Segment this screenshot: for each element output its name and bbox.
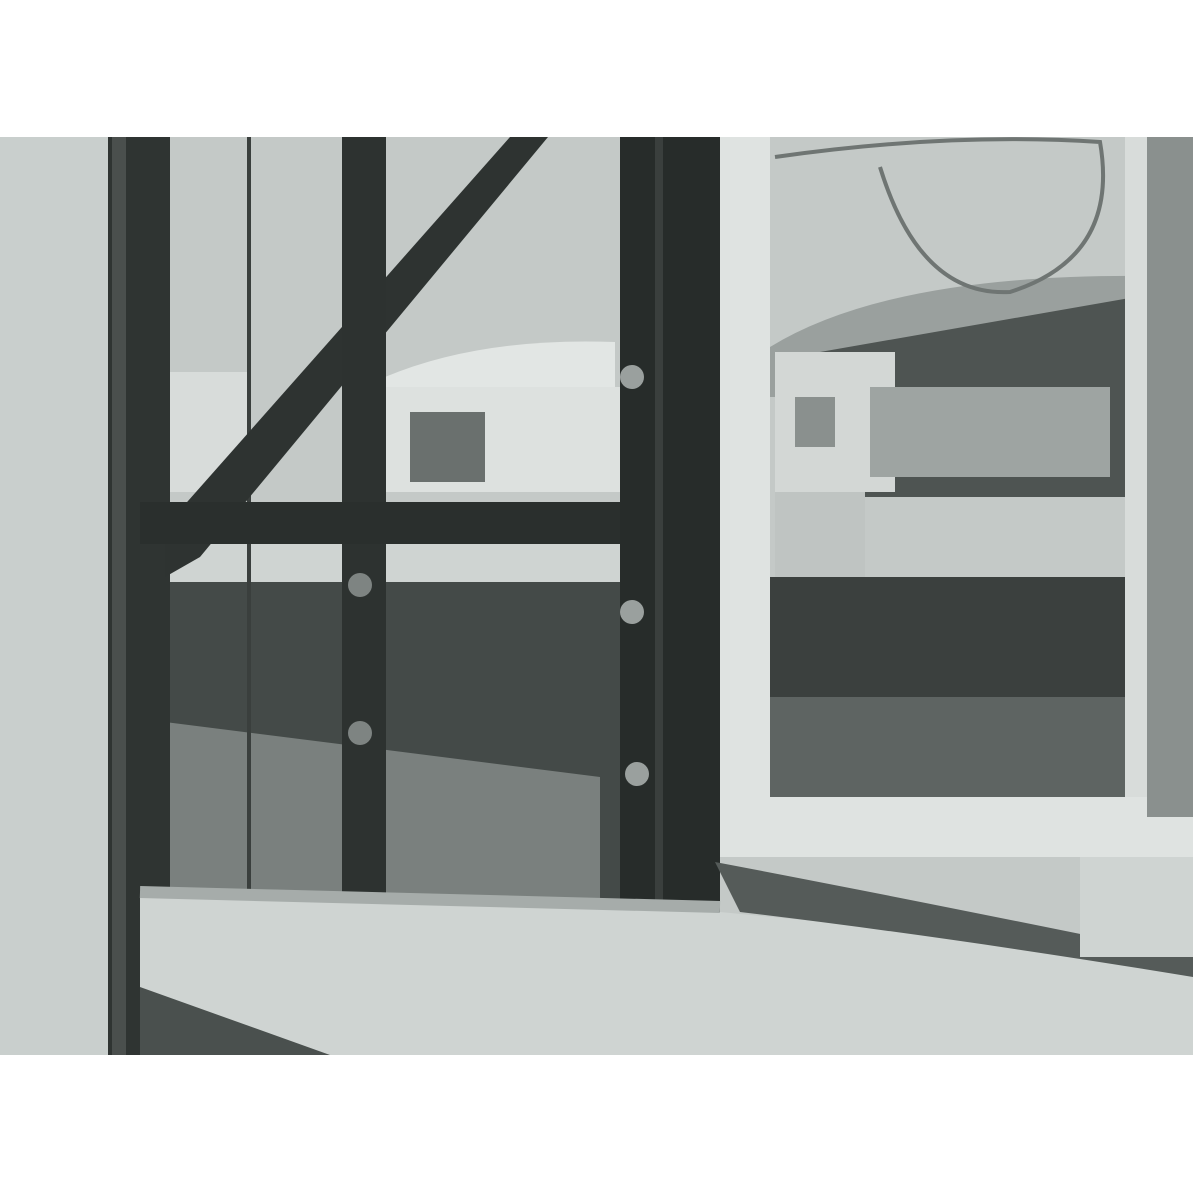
- house-far-right: [870, 387, 1110, 477]
- house-right-window: [795, 397, 835, 447]
- left-wall: [0, 137, 112, 1055]
- left-frame-light: [112, 137, 126, 1055]
- nail-mark: [620, 600, 644, 624]
- right-post-highlight: [655, 137, 663, 912]
- scene-illustration: [0, 137, 1193, 1055]
- horizontal-beam: [140, 502, 630, 544]
- right-post: [620, 137, 720, 912]
- window-frame-left: [720, 137, 770, 857]
- nail-mark: [348, 573, 372, 597]
- reflection-lower: [770, 697, 1125, 797]
- right-wall: [1080, 857, 1193, 957]
- under-house: [165, 542, 625, 582]
- house-window: [410, 412, 485, 482]
- photograph: [0, 137, 1193, 1055]
- nail-mark: [620, 365, 644, 389]
- window-frame-bottom: [720, 797, 1193, 857]
- nail-mark: [348, 721, 372, 745]
- nail-mark: [625, 762, 649, 786]
- house-stilts-area: [775, 492, 865, 582]
- window-pane-right: [1147, 137, 1193, 817]
- window-frame-mullion: [1125, 137, 1147, 817]
